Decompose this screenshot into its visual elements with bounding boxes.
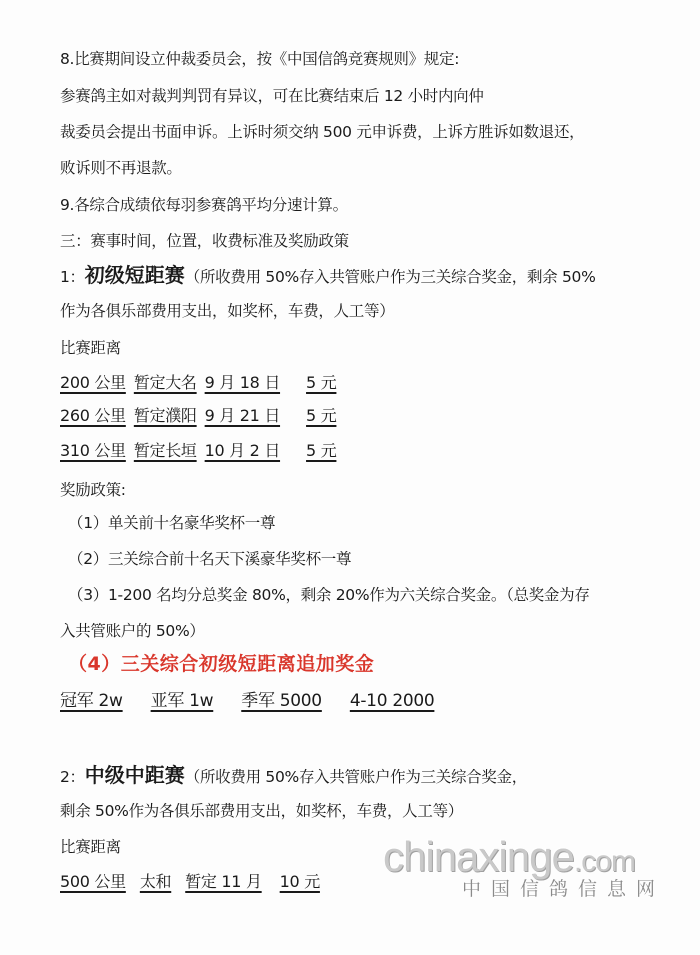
race2-desc-line2: 剩余 50%作为各俱乐部费用支出，如奖杯，车费，人工等） [60,800,463,822]
rule-8-line3: 裁委员会提出书面申诉。上诉时须交纳 500 元申诉费，上诉方胜诉如数退还， [60,121,584,143]
race1-desc-line1: （所收费用 50%存入共管账户作为三关综合奖金，剩余 50% [185,268,596,286]
race1-distance-label: 比赛距离 [60,337,121,359]
bonus-prize-row: 冠军 2w亚军 1w季军 50004-10 2000 [60,690,434,712]
distance-date: 9 月 21 日 [205,406,280,425]
distance-fee: 5 元 [306,373,336,392]
distance-fee: 10 元 [280,872,320,891]
prize-third: 季军 5000 [241,691,322,711]
prize-champion: 冠军 2w [60,691,123,711]
distance-fee: 5 元 [306,441,336,460]
distance-place: 暂定濮阳 [134,406,197,425]
prize-4-10: 4-10 2000 [350,691,435,711]
race2-desc-line1: （所收费用 50%存入共管账户作为三关综合奖金， [185,768,527,786]
section-3-title: 三：赛事时间，位置，收费标准及奖励政策 [60,230,349,252]
rule-8-line4: 败诉则不再退款。 [60,157,182,179]
bonus-title: （4）三关综合初级短距离追加奖金 [68,653,374,675]
race2-distance-label: 比赛距离 [60,836,121,858]
rule-9: 9.各综合成绩依每羽参赛鸽平均分速计算。 [60,194,348,216]
distance-date: 9 月 18 日 [205,373,280,392]
reward-label: 奖励政策: [60,479,126,501]
document-page: 8.比赛期间设立仲裁委员会，按《中国信鸽竞赛规则》规定: 参赛鸽主如对裁判判罚有… [0,0,700,955]
race1-name: 初级短距赛 [85,263,185,287]
distance-km: 200 公里 [60,373,126,392]
watermark-domain: chinaxinge [383,833,574,880]
distance-fee: 5 元 [306,406,336,425]
distance-place: 太和 [140,872,171,891]
distance-date: 暂定 11 月 [185,872,261,891]
watermark-site-name: 中国信鸽信息网 [462,874,665,901]
race1-desc-line2: 作为各俱乐部费用支出，如奖杯，车费，人工等） [60,300,394,322]
race2-distance-row: 500 公里太和暂定 11 月10 元 [60,871,328,893]
race1-distance-row: 260 公里暂定濮阳9 月 21 日5 元 [60,405,344,427]
race1-heading: 1：初级短距赛（所收费用 50%存入共管账户作为三关综合奖金，剩余 50% [60,264,596,288]
reward-item-1: （1）单关前十名豪华奖杯一尊 [68,512,275,534]
distance-place: 暂定大名 [134,373,197,392]
reward-item-2: （2）三关综合前十名天下溪豪华奖杯一尊 [68,548,351,570]
race1-distance-row: 200 公里暂定大名9 月 18 日5 元 [60,372,344,394]
distance-km: 500 公里 [60,872,126,891]
distance-km: 310 公里 [60,441,126,460]
reward-item-3-cont: 入共管账户的 50%） [60,620,205,642]
rule-8-line1: 8.比赛期间设立仲裁委员会，按《中国信鸽竞赛规则》规定: [60,48,459,70]
prize-runner-up: 亚军 1w [151,691,214,711]
distance-place: 暂定长垣 [134,441,197,460]
race2-name: 中级中距赛 [85,763,185,787]
race2-heading: 2：中级中距赛（所收费用 50%存入共管账户作为三关综合奖金， [60,764,527,788]
rule-8-line2: 参赛鸽主如对裁判判罚有异议，可在比赛结束后 12 小时内向仲 [60,85,484,107]
distance-date: 10 月 2 日 [205,441,280,460]
race2-number: 2： [60,768,85,786]
reward-item-3: （3）1-200 名均分总奖金 80%，剩余 20%作为六关综合奖金。（总奖金为… [68,584,590,606]
distance-km: 260 公里 [60,406,126,425]
race1-number: 1： [60,268,85,286]
race1-distance-row: 310 公里暂定长垣10 月 2 日5 元 [60,440,344,462]
